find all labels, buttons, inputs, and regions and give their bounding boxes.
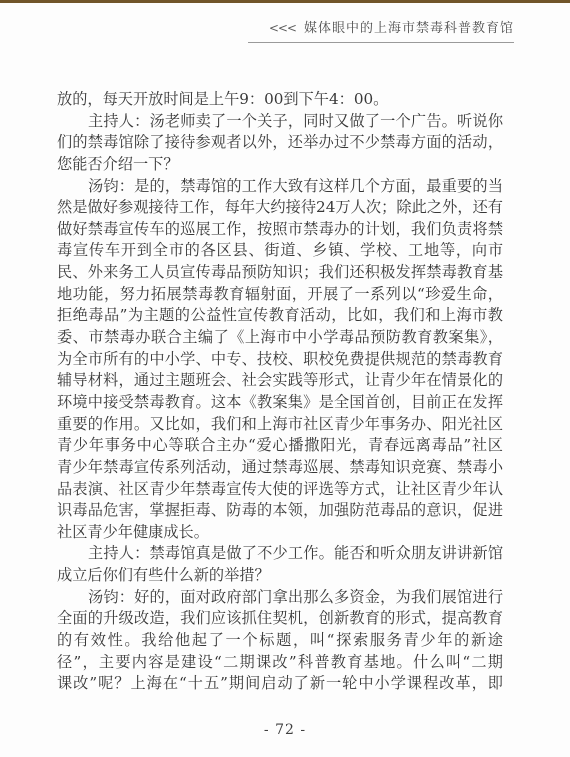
text-line: 识毒品危害，掌握拒毒、防毒的本领，加强防范毒品的意识，促进 bbox=[57, 500, 503, 522]
text-line: 委、市禁毒办联合主编了《上海市中小学毒品预防教育教案集》， bbox=[57, 327, 503, 349]
top-rule-divider bbox=[0, 0, 570, 3]
text-line: 主持人：汤老师卖了一个关子，同时又做了一个广告。听说你 bbox=[57, 111, 503, 133]
text-line: 然是做好参观接待工作，每年大约接待24万人次；除此之外，还有 bbox=[57, 197, 503, 219]
text-line: 您能否介绍一下？ bbox=[57, 154, 503, 176]
text-line: 做好禁毒宣传车的巡展工作，按照市禁毒办的计划，我们负责将禁 bbox=[57, 219, 503, 241]
text-line: 汤钧：是的，禁毒馆的工作大致有这样几个方面，最重要的当 bbox=[57, 176, 503, 198]
text-line: 重要的作用。又比如，我们和上海市社区青少年事务办、阳光社区 bbox=[57, 414, 503, 436]
text-line: 拒绝毒品”为主题的公益性宣传教育活动，比如，我们和上海市教 bbox=[57, 305, 503, 327]
text-line: 放的，每天开放时间是上午9：00到下午4：00。 bbox=[57, 89, 503, 111]
text-line: 成立后你们有些什么新的举措？ bbox=[57, 565, 503, 587]
text-line: 的有效性。我给他起了一个标题，叫“探索服务青少年的新途 bbox=[57, 630, 503, 652]
book-page: <<<媒体眼中的上海市禁毒科普教育馆 放的，每天开放时间是上午9：00到下午4：… bbox=[0, 0, 570, 757]
chevrons-icon: <<< bbox=[269, 21, 296, 35]
running-head: <<<媒体眼中的上海市禁毒科普教育馆 bbox=[248, 20, 514, 43]
text-line: 地功能，努力拓展禁毒教育辐射面，开展了一系列以“珍爱生命， bbox=[57, 284, 503, 306]
text-line: 品表演、社区青少年禁毒宣传大使的评选等方式，让社区青少年认 bbox=[57, 479, 503, 501]
text-line: 社区青少年健康成长。 bbox=[57, 522, 503, 544]
text-line: 毒宣传车开到全市的各区县、街道、乡镇、学校、工地等，向市 bbox=[57, 240, 503, 262]
page-number: - 72 - bbox=[0, 721, 570, 739]
text-line: 汤钧：好的，面对政府部门拿出那么多资金，为我们展馆进行 bbox=[57, 587, 503, 609]
text-line: 为全市所有的中小学、中专、技校、职校免费提供规范的禁毒教育 bbox=[57, 349, 503, 371]
text-line: 径”，主要内容是建设“二期课改”科普教育基地。什么叫“二期 bbox=[57, 652, 503, 674]
running-head-title: 媒体眼中的上海市禁毒科普教育馆 bbox=[304, 21, 514, 36]
text-line: 全面的升级改造，我们应该抓住契机，创新教育的形式，提高教育 bbox=[57, 608, 503, 630]
body-text: 放的，每天开放时间是上午9：00到下午4：00。主持人：汤老师卖了一个关子，同时… bbox=[57, 89, 503, 695]
text-line: 课改”呢？上海在“十五”期间启动了新一轮中小学课程改革，即 bbox=[57, 673, 503, 695]
text-line: 们的禁毒馆除了接待参观者以外，还举办过不少禁毒方面的活动， bbox=[57, 132, 503, 154]
text-line: 环境中接受禁毒教育。这本《教案集》是全国首创，目前正在发挥 bbox=[57, 392, 503, 414]
text-line: 主持人：禁毒馆真是做了不少工作。能否和听众朋友讲讲新馆 bbox=[57, 543, 503, 565]
text-line: 辅导材料，通过主题班会、社会实践等形式，让青少年在情景化的 bbox=[57, 370, 503, 392]
text-line: 民、外来务工人员宣传毒品预防知识；我们还积极发挥禁毒教育基 bbox=[57, 262, 503, 284]
text-line: 青少年事务中心等联合主办“爱心播撒阳光，青春远离毒品”社区 bbox=[57, 435, 503, 457]
text-line: 青少年禁毒宣传系列活动，通过禁毒巡展、禁毒知识竞赛、禁毒小 bbox=[57, 457, 503, 479]
